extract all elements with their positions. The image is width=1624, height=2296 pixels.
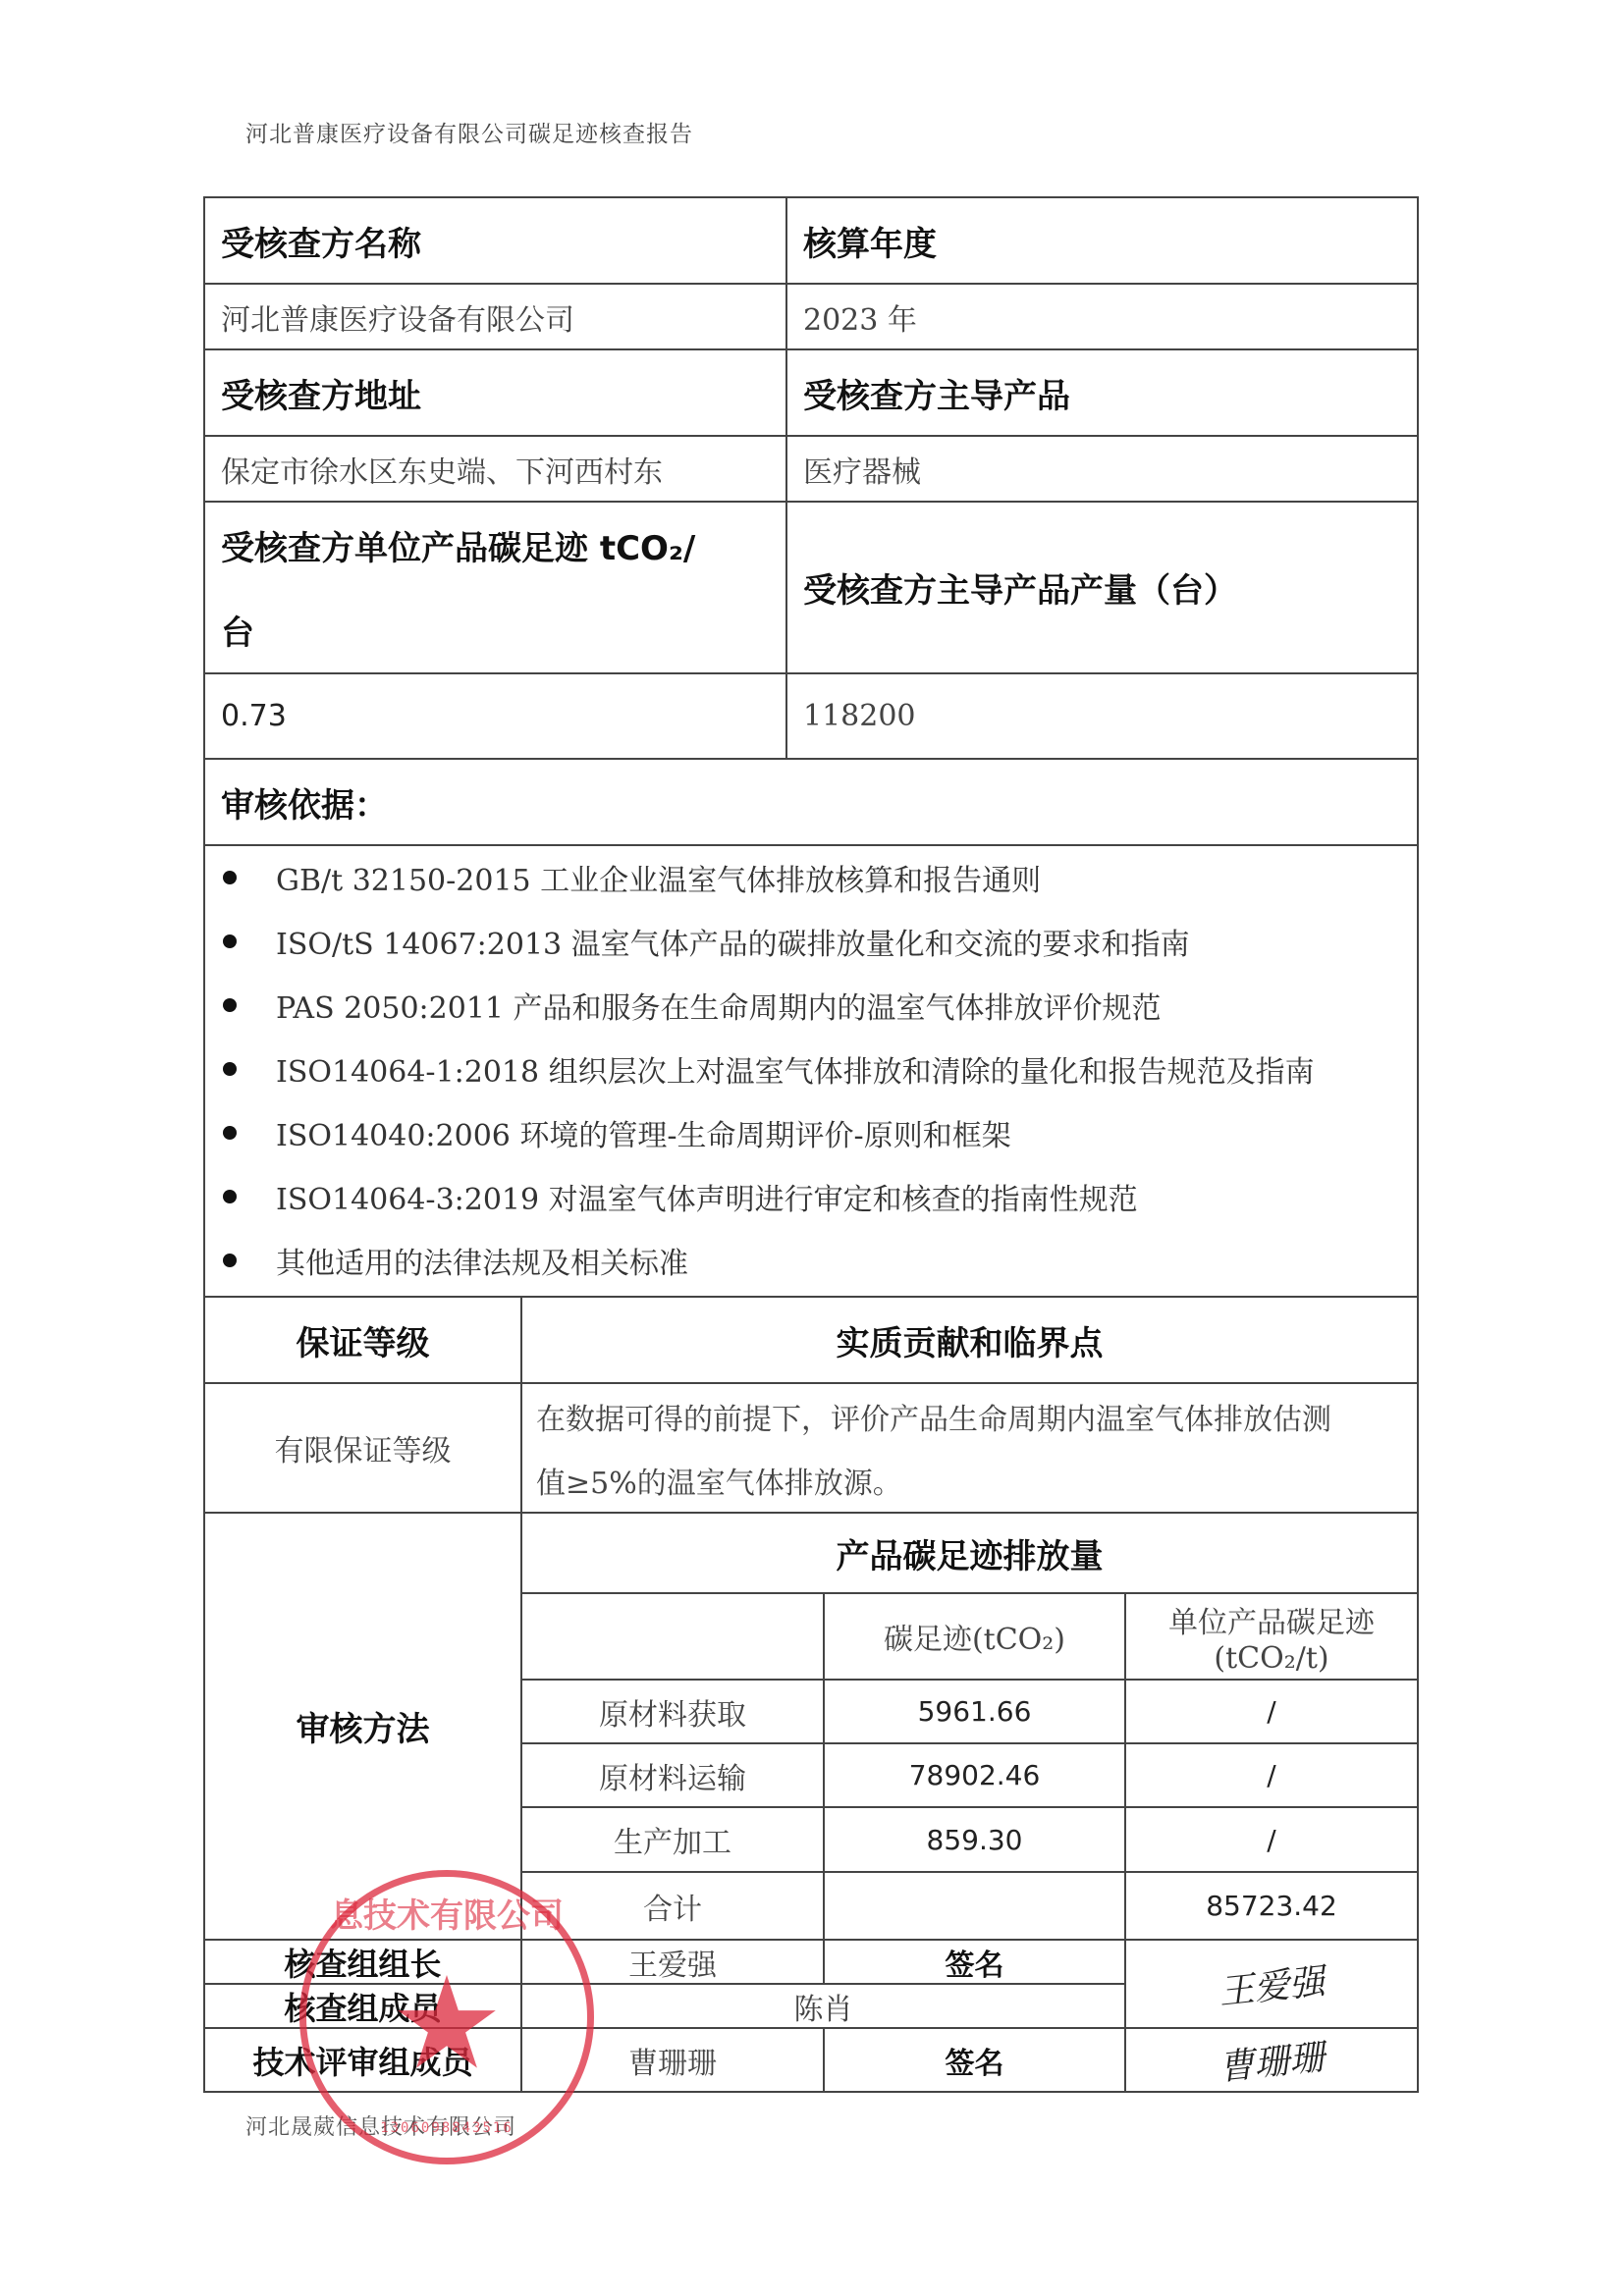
bullet-icon	[223, 1126, 237, 1140]
total-footprint	[823, 1871, 1126, 1941]
total-unit: 85723.42	[1124, 1871, 1419, 1941]
threshold-value: 在数据可得的前提下，评价产品生命周期内温室气体排放估测 值≥5%的温室气体排放源…	[520, 1382, 1419, 1514]
reviewer-name: 曹珊珊	[520, 2027, 825, 2093]
stage-cell: 生产加工	[520, 1806, 825, 1873]
basis-item: ISO14064-3:2019 对温室气体声明进行审定和核查的指南性规范	[223, 1177, 1138, 1216]
output-label: 受核查方主导产品产量（台）	[785, 501, 1419, 674]
footer-company: 河北晟葳信息技术有限公司	[245, 2110, 516, 2141]
footprint-cell: 78902.46	[823, 1742, 1126, 1808]
assurance-level-label: 保证等级	[203, 1296, 522, 1384]
unit-cell: /	[1124, 1806, 1419, 1873]
unit-footprint-label-line1: 受核查方单位产品碳足迹 tCO₂/	[221, 521, 695, 569]
name-label: 受核查方名称	[203, 196, 787, 285]
basis-label: 审核依据：	[203, 758, 1419, 846]
address-label: 受核查方地址	[203, 348, 787, 437]
reviewer-signature-text: 曹珊珊	[1217, 2029, 1327, 2090]
bullet-icon	[223, 871, 237, 884]
basis-item: PAS 2050:2011 产品和服务在生命周期内的温室气体排放评价规范	[223, 986, 1162, 1025]
total-label: 合计	[520, 1871, 825, 1941]
unit-cell: /	[1124, 1679, 1419, 1744]
basis-item: ISO/tS 14067:2013 温室气体产品的碳排放量化和交流的要求和指南	[223, 922, 1190, 961]
product-label: 受核查方主导产品	[785, 348, 1419, 437]
leader-signature: 王爱强	[1124, 1939, 1419, 2029]
emissions-title: 产品碳足迹排放量	[520, 1512, 1419, 1594]
footprint-cell: 859.30	[823, 1806, 1126, 1873]
bullet-icon	[223, 1254, 237, 1267]
output-value: 118200	[785, 672, 1419, 760]
threshold-line1: 在数据可得的前提下，评价产品生命周期内温室气体排放估测	[536, 1395, 1331, 1438]
reviewer-signature: 曹珊珊	[1124, 2027, 1419, 2093]
basis-item: GB/t 32150-2015 工业企业温室气体排放核算和报告通则	[223, 858, 1041, 897]
method-label: 审核方法	[203, 1512, 522, 1941]
leader-signature-text: 王爱强	[1217, 1953, 1327, 2014]
unit-footprint-label: 受核查方单位产品碳足迹 tCO₂/ 台	[203, 501, 787, 674]
unit-footprint-label-line2: 台	[221, 606, 254, 654]
col-unit: 单位产品碳足迹 (tCO₂/t)	[1124, 1592, 1419, 1681]
threshold-label: 实质贡献和临界点	[520, 1296, 1419, 1384]
stage-cell: 原材料运输	[520, 1742, 825, 1808]
reviewer-label: 技术评审组成员	[203, 2027, 522, 2093]
footprint-cell: 5961.66	[823, 1679, 1126, 1744]
basis-item: ISO14064-1:2018 组织层次上对温室气体排放和清除的量化和报告规范及…	[223, 1049, 1315, 1089]
year-label: 核算年度	[785, 196, 1419, 285]
unit-footprint-value: 0.73	[203, 672, 787, 760]
col-footprint: 碳足迹(tCO₂)	[823, 1592, 1126, 1681]
leader-label: 核查组组长	[203, 1939, 522, 1985]
product-value: 医疗器械	[785, 435, 1419, 503]
assurance-level-value: 有限保证等级	[203, 1382, 522, 1514]
address-value: 保定市徐水区东史端、下河西村东	[203, 435, 787, 503]
report-header-title: 河北普康医疗设备有限公司碳足迹核查报告	[245, 116, 693, 148]
basis-item: 其他适用的法律法规及相关标准	[223, 1241, 688, 1280]
threshold-line2: 值≥5%的温室气体排放源。	[536, 1459, 902, 1502]
basis-item: ISO14040:2006 环境的管理-生命周期评价-原则和框架	[223, 1113, 1011, 1152]
bullet-icon	[223, 998, 237, 1012]
unit-cell: /	[1124, 1742, 1419, 1808]
leader-name: 王爱强	[520, 1939, 825, 1985]
bullet-icon	[223, 934, 237, 948]
emissions-header-blank	[520, 1592, 825, 1681]
member-label: 核查组成员	[203, 1983, 522, 2029]
leader-sign-label: 签名	[823, 1939, 1126, 1985]
reviewer-sign-label: 签名	[823, 2027, 1126, 2093]
member-name: 陈肖	[520, 1983, 1126, 2029]
name-value: 河北普康医疗设备有限公司	[203, 283, 787, 350]
year-value: 2023 年	[785, 283, 1419, 350]
bullet-icon	[223, 1190, 237, 1203]
stage-cell: 原材料获取	[520, 1679, 825, 1744]
basis-list: GB/t 32150-2015 工业企业温室气体排放核算和报告通则 ISO/tS…	[203, 844, 1419, 1298]
bullet-icon	[223, 1062, 237, 1076]
